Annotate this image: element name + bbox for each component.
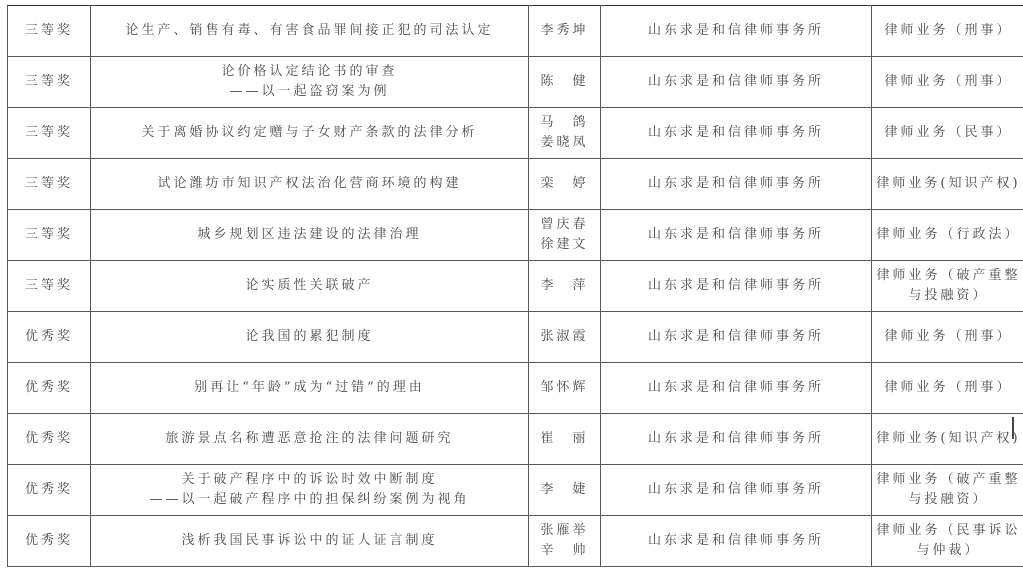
award-level-cell: 优秀奖 bbox=[8, 312, 91, 363]
category-cell: 律师业务(知识产权) bbox=[872, 414, 1023, 465]
category-cell: 律师业务（刑事） bbox=[872, 57, 1023, 108]
title-line: 试论潍坊市知识产权法治化营商环境的构建 bbox=[93, 174, 526, 194]
awards-table: 三等奖 论生产、销售有毒、有害食品罪间接正犯的司法认定 李秀坤 山东求是和信律师… bbox=[7, 5, 1023, 567]
category-line: 律师业务(知识产权) bbox=[874, 429, 1023, 449]
paper-title-cell: 关于离婚协议约定赠与子女财产条款的法律分析 bbox=[91, 108, 529, 159]
authors-line: 张雁举 bbox=[531, 521, 598, 541]
title-line: 别再让“年龄”成为“过错”的理由 bbox=[93, 378, 526, 398]
author-cell: 马 鸽姜晓凤 bbox=[529, 108, 601, 159]
awards-table-body: 三等奖 论生产、销售有毒、有害食品罪间接正犯的司法认定 李秀坤 山东求是和信律师… bbox=[8, 6, 1023, 567]
authors-line: 李秀坤 bbox=[531, 21, 598, 41]
category-cell: 律师业务（破产重整与投融资） bbox=[872, 465, 1023, 516]
authors-line: 崔 丽 bbox=[531, 429, 598, 449]
category-line: 律师业务（民事诉讼 bbox=[874, 521, 1023, 541]
title-line: 浅析我国民事诉讼中的证人证言制度 bbox=[93, 531, 526, 551]
paper-title-cell: 浅析我国民事诉讼中的证人证言制度 bbox=[91, 516, 529, 567]
paper-title-cell: 论我国的累犯制度 bbox=[91, 312, 529, 363]
award-level-cell: 三等奖 bbox=[8, 159, 91, 210]
table-row: 优秀奖 别再让“年龄”成为“过错”的理由 邹怀辉 山东求是和信律师事务所 律师业… bbox=[8, 363, 1023, 414]
authors-line: 李 婕 bbox=[531, 480, 598, 500]
table-row: 三等奖 城乡规划区违法建设的法律治理 曾庆春徐建文 山东求是和信律师事务所 律师… bbox=[8, 210, 1023, 261]
award-level-cell: 优秀奖 bbox=[8, 414, 91, 465]
award-level-cell: 三等奖 bbox=[8, 210, 91, 261]
title-line: 关于破产程序中的诉讼时效中断制度 bbox=[93, 470, 526, 490]
authors-line: 张淑霞 bbox=[531, 327, 598, 347]
law-firm-cell: 山东求是和信律师事务所 bbox=[601, 516, 872, 567]
category-line: 律师业务（民事） bbox=[874, 123, 1023, 143]
document-page: 三等奖 论生产、销售有毒、有害食品罪间接正犯的司法认定 李秀坤 山东求是和信律师… bbox=[0, 0, 1023, 577]
title-line: 旅游景点名称遭恶意抢注的法律问题研究 bbox=[93, 429, 526, 449]
award-level-cell: 三等奖 bbox=[8, 6, 91, 57]
table-row: 优秀奖 旅游景点名称遭恶意抢注的法律问题研究 崔 丽 山东求是和信律师事务所 律… bbox=[8, 414, 1023, 465]
paper-title-cell: 关于破产程序中的诉讼时效中断制度——以一起破产程序中的担保纠纷案例为视角 bbox=[91, 465, 529, 516]
title-line: 论我国的累犯制度 bbox=[93, 327, 526, 347]
author-cell: 张淑霞 bbox=[529, 312, 601, 363]
law-firm-cell: 山东求是和信律师事务所 bbox=[601, 6, 872, 57]
paper-title-cell: 论价格认定结论书的审查——以一起盗窃案为例 bbox=[91, 57, 529, 108]
category-line: 律师业务（刑事） bbox=[874, 72, 1023, 92]
award-level-cell: 优秀奖 bbox=[8, 465, 91, 516]
category-cell: 律师业务（刑事） bbox=[872, 312, 1023, 363]
title-line: ——以一起破产程序中的担保纠纷案例为视角 bbox=[93, 490, 526, 510]
award-level-cell: 三等奖 bbox=[8, 261, 91, 312]
category-line: 与投融资） bbox=[874, 286, 1023, 306]
authors-line: 辛 帅 bbox=[531, 541, 598, 561]
category-cell: 律师业务（民事） bbox=[872, 108, 1023, 159]
author-cell: 李秀坤 bbox=[529, 6, 601, 57]
text-cursor bbox=[1012, 417, 1014, 439]
title-line: ——以一起盗窃案为例 bbox=[93, 82, 526, 102]
law-firm-cell: 山东求是和信律师事务所 bbox=[601, 465, 872, 516]
authors-line: 马 鸽 bbox=[531, 113, 598, 133]
author-cell: 崔 丽 bbox=[529, 414, 601, 465]
category-line: 律师业务（刑事） bbox=[874, 378, 1023, 398]
category-cell: 律师业务(知识产权) bbox=[872, 159, 1023, 210]
law-firm-cell: 山东求是和信律师事务所 bbox=[601, 363, 872, 414]
authors-line: 栾 婷 bbox=[531, 174, 598, 194]
authors-line: 邹怀辉 bbox=[531, 378, 598, 398]
law-firm-cell: 山东求是和信律师事务所 bbox=[601, 261, 872, 312]
authors-line: 李 萍 bbox=[531, 276, 598, 296]
category-line: 律师业务（刑事） bbox=[874, 327, 1023, 347]
law-firm-cell: 山东求是和信律师事务所 bbox=[601, 108, 872, 159]
category-line: 与投融资） bbox=[874, 490, 1023, 510]
authors-line: 徐建文 bbox=[531, 235, 598, 255]
table-row: 优秀奖 论我国的累犯制度 张淑霞 山东求是和信律师事务所 律师业务（刑事） bbox=[8, 312, 1023, 363]
law-firm-cell: 山东求是和信律师事务所 bbox=[601, 210, 872, 261]
award-level-cell: 三等奖 bbox=[8, 108, 91, 159]
table-row: 三等奖 试论潍坊市知识产权法治化营商环境的构建 栾 婷 山东求是和信律师事务所 … bbox=[8, 159, 1023, 210]
table-row: 优秀奖 关于破产程序中的诉讼时效中断制度——以一起破产程序中的担保纠纷案例为视角… bbox=[8, 465, 1023, 516]
author-cell: 李 婕 bbox=[529, 465, 601, 516]
category-line: 律师业务（刑事） bbox=[874, 21, 1023, 41]
table-row: 三等奖 论实质性关联破产 李 萍 山东求是和信律师事务所 律师业务（破产重整与投… bbox=[8, 261, 1023, 312]
category-line: 律师业务（破产重整 bbox=[874, 470, 1023, 490]
paper-title-cell: 论实质性关联破产 bbox=[91, 261, 529, 312]
author-cell: 邹怀辉 bbox=[529, 363, 601, 414]
law-firm-cell: 山东求是和信律师事务所 bbox=[601, 312, 872, 363]
author-cell: 陈 健 bbox=[529, 57, 601, 108]
author-cell: 栾 婷 bbox=[529, 159, 601, 210]
category-line: 律师业务（行政法） bbox=[874, 225, 1023, 245]
law-firm-cell: 山东求是和信律师事务所 bbox=[601, 57, 872, 108]
paper-title-cell: 旅游景点名称遭恶意抢注的法律问题研究 bbox=[91, 414, 529, 465]
category-cell: 律师业务（行政法） bbox=[872, 210, 1023, 261]
title-line: 城乡规划区违法建设的法律治理 bbox=[93, 225, 526, 245]
authors-line: 姜晓凤 bbox=[531, 133, 598, 153]
paper-title-cell: 试论潍坊市知识产权法治化营商环境的构建 bbox=[91, 159, 529, 210]
category-line: 律师业务（破产重整 bbox=[874, 266, 1023, 286]
table-row: 三等奖 关于离婚协议约定赠与子女财产条款的法律分析 马 鸽姜晓凤 山东求是和信律… bbox=[8, 108, 1023, 159]
author-cell: 李 萍 bbox=[529, 261, 601, 312]
paper-title-cell: 别再让“年龄”成为“过错”的理由 bbox=[91, 363, 529, 414]
title-line: 论实质性关联破产 bbox=[93, 276, 526, 296]
category-cell: 律师业务（破产重整与投融资） bbox=[872, 261, 1023, 312]
award-level-cell: 优秀奖 bbox=[8, 363, 91, 414]
table-row: 三等奖 论价格认定结论书的审查——以一起盗窃案为例 陈 健 山东求是和信律师事务… bbox=[8, 57, 1023, 108]
authors-line: 曾庆春 bbox=[531, 215, 598, 235]
paper-title-cell: 论生产、销售有毒、有害食品罪间接正犯的司法认定 bbox=[91, 6, 529, 57]
category-line: 与仲裁） bbox=[874, 541, 1023, 561]
paper-title-cell: 城乡规划区违法建设的法律治理 bbox=[91, 210, 529, 261]
title-line: 论价格认定结论书的审查 bbox=[93, 62, 526, 82]
law-firm-cell: 山东求是和信律师事务所 bbox=[601, 414, 872, 465]
author-cell: 张雁举辛 帅 bbox=[529, 516, 601, 567]
title-line: 关于离婚协议约定赠与子女财产条款的法律分析 bbox=[93, 123, 526, 143]
table-row: 三等奖 论生产、销售有毒、有害食品罪间接正犯的司法认定 李秀坤 山东求是和信律师… bbox=[8, 6, 1023, 57]
author-cell: 曾庆春徐建文 bbox=[529, 210, 601, 261]
table-row: 优秀奖 浅析我国民事诉讼中的证人证言制度 张雁举辛 帅 山东求是和信律师事务所 … bbox=[8, 516, 1023, 567]
law-firm-cell: 山东求是和信律师事务所 bbox=[601, 159, 872, 210]
category-line: 律师业务(知识产权) bbox=[874, 174, 1023, 194]
category-cell: 律师业务（民事诉讼与仲裁） bbox=[872, 516, 1023, 567]
award-level-cell: 优秀奖 bbox=[8, 516, 91, 567]
category-cell: 律师业务（刑事） bbox=[872, 6, 1023, 57]
award-level-cell: 三等奖 bbox=[8, 57, 91, 108]
title-line: 论生产、销售有毒、有害食品罪间接正犯的司法认定 bbox=[93, 21, 526, 41]
category-cell: 律师业务（刑事） bbox=[872, 363, 1023, 414]
authors-line: 陈 健 bbox=[531, 72, 598, 92]
